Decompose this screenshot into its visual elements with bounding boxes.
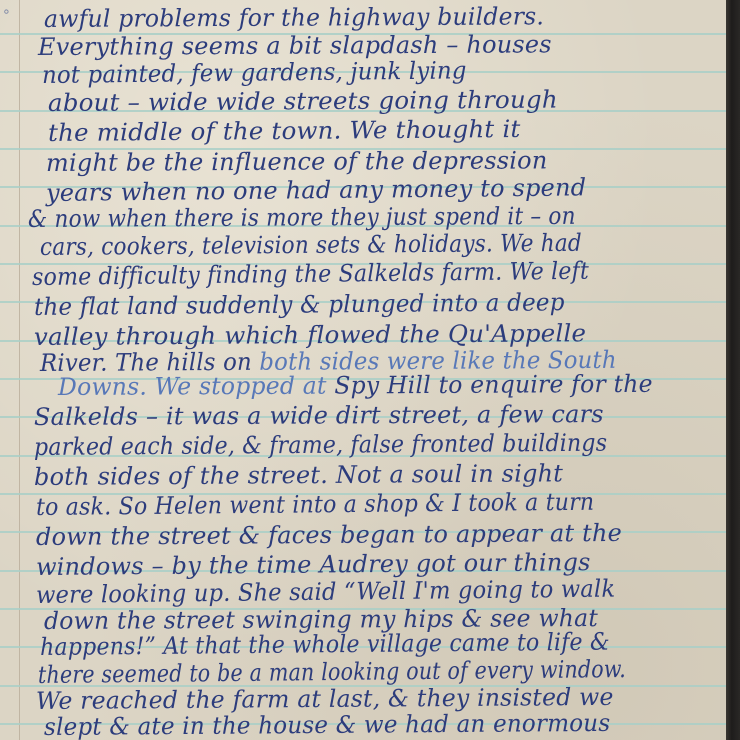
- handwriting-line-14: Downs. We stopped at Spy Hill to enquire…: [58, 368, 725, 402]
- handwriting-line-11: the flat land suddenly & plunged into a …: [34, 286, 687, 322]
- handwriting-line-18: to ask. So Helen went into a shop & I to…: [36, 486, 662, 522]
- handwriting-line-26: slept & ate in the house & we had an eno…: [44, 707, 697, 740]
- line-14-light-ink-b: We stopped at: [155, 372, 335, 401]
- corner-mark: ∘: [2, 4, 11, 20]
- handwriting-line-16: parked each side, & frame, false fronted…: [34, 427, 660, 462]
- handwriting-line-5: the middle of the town. We thought it: [48, 112, 740, 148]
- notebook-page: ∘ awful problems for the highway builder…: [0, 0, 740, 740]
- page-edge-shadow: [726, 0, 740, 740]
- line-14-light-ink-a: Downs.: [58, 372, 155, 401]
- line-14-dark-ink: Spy Hill to enquire for the: [334, 370, 653, 400]
